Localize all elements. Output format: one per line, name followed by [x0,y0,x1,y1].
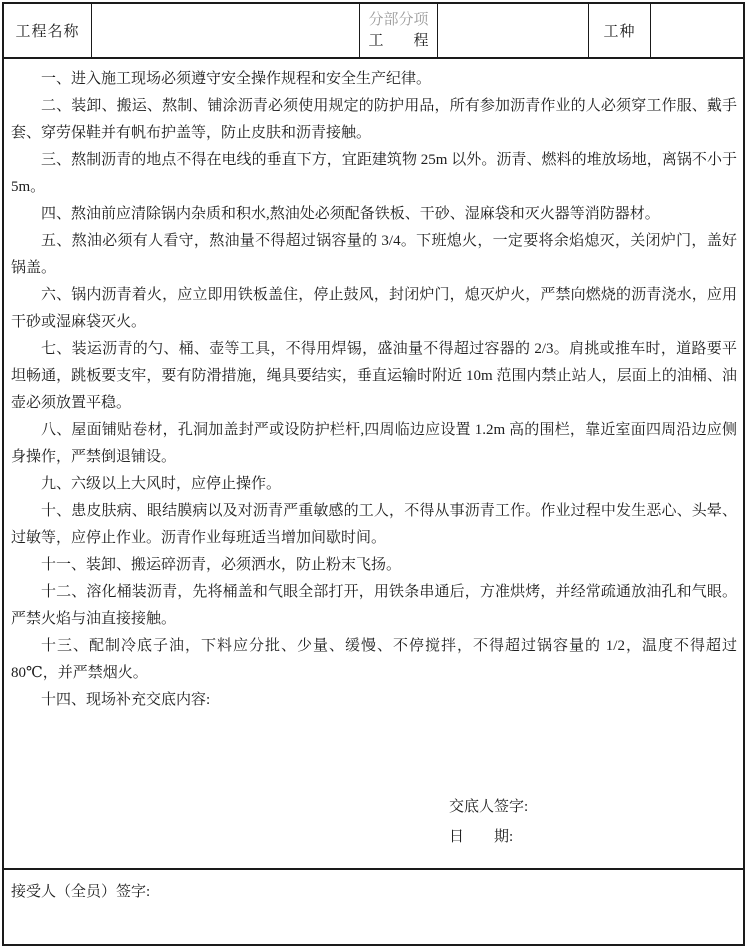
form-header-row: 工程名称 分部分项 工 程 工种 [4,4,743,59]
disclosure-content: 一、进入施工现场必须遵守安全操作规程和安全生产纪律。 二、装卸、搬运、熬制、铺涂… [4,59,743,868]
work-type-value [651,4,743,57]
safety-item-7: 七、装运沥青的勺、桶、壶等工具，不得用焊锡，盛油量不得超过容器的 2/3。肩挑或… [11,336,737,417]
safety-item-14: 十四、现场补充交底内容: [11,687,737,714]
safety-item-2: 二、装卸、搬运、熬制、铺涂沥青必须使用规定的防护用品，所有参加沥青作业的人必须穿… [11,93,737,147]
safety-item-4: 四、熬油前应清除锅内杂质和积水,熬油处必须配备铁板、干砂、湿麻袋和灭火器等消防器… [11,201,737,228]
safety-item-1: 一、进入施工现场必须遵守安全操作规程和安全生产纪律。 [11,66,737,93]
date-label: 日 期: [449,822,737,852]
receiver-signature-row: 接受人（全员）签字: [4,868,743,944]
safety-item-6: 六、锅内沥青着火，应立即用铁板盖住，停止鼓风，封闭炉门，熄灭炉火，严禁向燃烧的沥… [11,282,737,336]
work-type-label: 工种 [589,4,651,57]
subitem-project-value [438,4,589,57]
signature-block: 交底人签字: 日 期: [449,792,737,852]
project-name-value [92,4,360,57]
safety-disclosure-document: 工程名称 分部分项 工 程 工种 一、进入施工现场必须遵守安全操作规程和安全生产… [0,0,747,950]
subitem-project-label-line1: 分部分项 [368,10,428,31]
form-table: 工程名称 分部分项 工 程 工种 一、进入施工现场必须遵守安全操作规程和安全生产… [2,2,745,946]
safety-item-13: 十三、配制冷底子油，下料应分批、少量、缓慢、不停搅拌，不得超过锅容量的 1/2，… [11,633,737,687]
safety-item-12: 十二、溶化桶装沥青，先将桶盖和气眼全部打开，用铁条串通后，方准烘烤，并经常疏通放… [11,579,737,633]
safety-item-9: 九、六级以上大风时，应停止操作。 [11,471,737,498]
safety-item-10: 十、患皮肤病、眼结膜病以及对沥青严重敏感的工人，不得从事沥青工作。作业过程中发生… [11,498,737,552]
safety-item-11: 十一、装卸、搬运碎沥青，必须洒水，防止粉末飞扬。 [11,552,737,579]
safety-item-5: 五、熬油必须有人看守，熬油量不得超过锅容量的 3/4。下班熄火，一定要将余焰熄灭… [11,228,737,282]
subitem-project-label-line2: 工 程 [368,31,428,52]
receiver-signature-label: 接受人（全员）签字: [11,884,150,900]
safety-item-8: 八、屋面铺贴卷材，孔洞加盖封严或设防护栏杆,四周临边应设置 1.2m 高的围栏，… [11,417,737,471]
safety-item-3: 三、熬制沥青的地点不得在电线的垂直下方，宜距建筑物 25m 以外。沥青、燃料的堆… [11,147,737,201]
discloser-signature-label: 交底人签字: [449,792,737,822]
project-name-label: 工程名称 [4,4,92,57]
subitem-project-label: 分部分项 工 程 [360,4,438,57]
